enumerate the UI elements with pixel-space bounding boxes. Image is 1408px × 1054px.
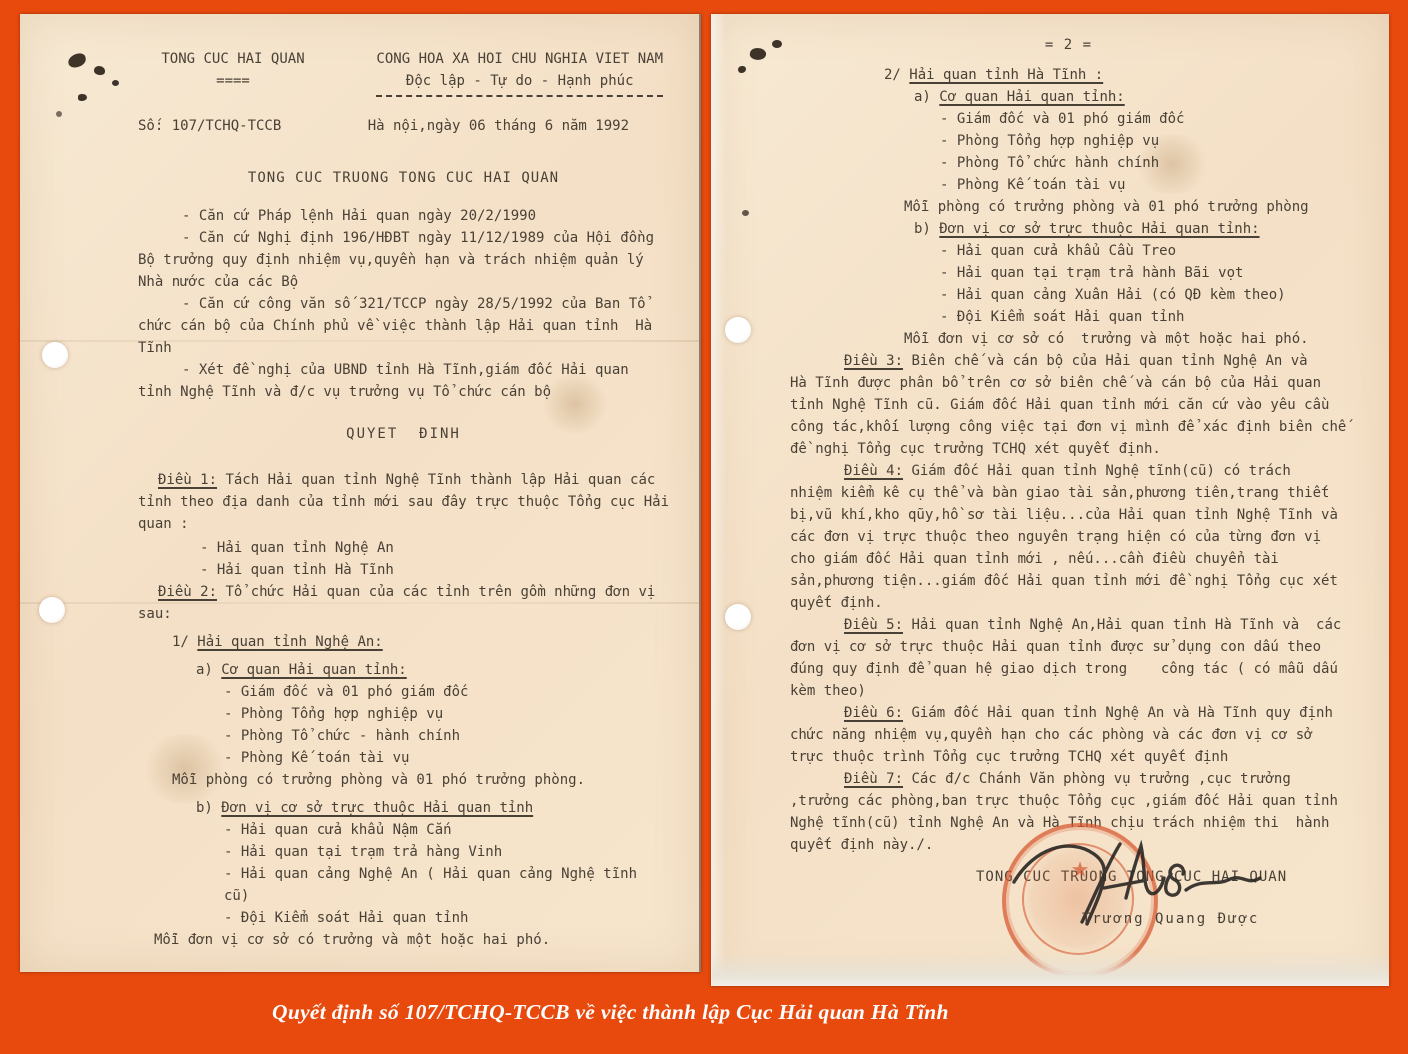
list-item: - Phòng Tổng hợp nghiệp vụ xyxy=(940,130,1347,152)
sub-a-title: Cơ quan Hải quan tỉnh: xyxy=(939,89,1124,105)
list-item: - Hải quan tỉnh Hà Tĩnh xyxy=(200,559,669,581)
article-2-label: Điều 2: xyxy=(158,584,217,600)
article-3: Điều 3: Biên chế và cán bộ của Hải quan … xyxy=(790,350,1347,460)
scanned-page-2: = 2 = 2/ Hải quan tỉnh Hà Tĩnh : a) Cơ q… xyxy=(711,14,1389,986)
scanned-page-1: TONG CUC HAI QUAN==== CONG HOA XA HOI CH… xyxy=(20,14,701,972)
sub-a-heading: a) Cơ quan Hải quan tỉnh: xyxy=(914,86,1347,108)
preamble-line: - Căn cứ Nghị định 196/HĐBT ngày 11/12/1… xyxy=(138,227,669,293)
page1-content: TONG CUC HAI QUAN==== CONG HOA XA HOI CH… xyxy=(20,14,699,951)
article-4-text: Giám đốc Hải quan tỉnh Nghệ tĩnh(cũ) có … xyxy=(790,463,1346,611)
list-item: - Giám đốc và 01 phó giám đốc xyxy=(224,681,669,703)
article-3-label: Điều 3: xyxy=(844,353,903,369)
list-item: - Đội Kiểm soát Hải quan tỉnh xyxy=(224,907,669,929)
list-item: - Hải quan tại trạm trả hàng Vinh xyxy=(224,841,669,863)
article-1-text: Tách Hải quan tỉnh Nghệ Tĩnh thành lập H… xyxy=(138,472,677,532)
list-item: - Hải quan cửa khẩu Cầu Treo xyxy=(940,240,1347,262)
number-date-row: Số: 107/TCHQ-TCCB Hà nội,ngày 06 tháng 6… xyxy=(138,115,669,137)
sub-a-title: Cơ quan Hải quan tỉnh: xyxy=(221,662,406,678)
sub-b-note: Mỗi đơn vị cơ sở có trưởng và một hoặc h… xyxy=(154,929,669,951)
list-item: - Hải quan cửa khẩu Nậm Cắn xyxy=(224,819,669,841)
document-header: TONG CUC HAI QUAN==== CONG HOA XA HOI CH… xyxy=(138,48,669,97)
signer-name: Trương Quang Được xyxy=(1082,908,1259,930)
sub-b-title: Đơn vị cơ sở trực thuộc Hải quan tỉnh xyxy=(221,800,533,816)
issuer-title: TONG CUC TRUONG TONG CUC HAI QUAN xyxy=(138,167,669,189)
list-item: - Phòng Kế toán tài vụ xyxy=(224,747,669,769)
section-2-label: 2/ xyxy=(884,67,901,83)
list-item: - Hải quan cảng Nghệ An ( Hải quan cảng … xyxy=(224,863,669,907)
preamble-line: - Căn cứ công văn số 321/TCCP ngày 28/5/… xyxy=(138,293,669,359)
place-date: Hà nội,ngày 06 tháng 6 năm 1992 xyxy=(368,115,629,137)
article-2-text: Tổ chức Hải quan của các tỉnh trên gồm n… xyxy=(138,584,664,622)
national-header-block: CONG HOA XA HOI CHU NGHIA VIET NAMĐộc lậ… xyxy=(376,48,663,97)
article-2: Điều 2: Tổ chức Hải quan của các tỉnh tr… xyxy=(138,581,669,625)
page-number: = 2 = xyxy=(790,34,1347,56)
sub-b-heading: b) Đơn vị cơ sở trực thuộc Hải quan tỉnh xyxy=(196,797,669,819)
list-item: - Phòng Kế toán tài vụ xyxy=(940,174,1347,196)
list-item: - Hải quan tỉnh Nghệ An xyxy=(200,537,669,559)
list-item: - Phòng Tổ chức hành chính xyxy=(940,152,1347,174)
article-7-label: Điều 7: xyxy=(844,771,903,787)
article-4-label: Điều 4: xyxy=(844,463,903,479)
section-1-title: Hải quan tỉnh Nghệ An: xyxy=(197,634,382,650)
nation-line: CONG HOA XA HOI CHU NGHIA VIET NAM xyxy=(376,48,663,70)
org-name: TONG CUC HAI QUAN xyxy=(138,48,328,70)
article-4: Điều 4: Giám đốc Hải quan tỉnh Nghệ tĩnh… xyxy=(790,460,1347,614)
article-5: Điều 5: Hải quan tỉnh Nghệ An,Hải quan t… xyxy=(790,614,1347,702)
sub-b-heading: b) Đơn vị cơ sở trực thuộc Hải quan tỉnh… xyxy=(914,218,1347,240)
preamble-line: - Căn cứ Pháp lệnh Hải quan ngày 20/2/19… xyxy=(138,205,669,227)
scanned-document-view: { "caption": "Quyết định số 107/TCHQ-TCC… xyxy=(0,0,1408,1054)
list-item: - Phòng Tổng hợp nghiệp vụ xyxy=(224,703,669,725)
sub-a-label: a) xyxy=(196,662,213,678)
image-caption: Quyết định số 107/TCHQ-TCCB về việc thàn… xyxy=(272,1000,949,1025)
sub-b-label: b) xyxy=(196,800,213,816)
motto-underline xyxy=(376,95,663,97)
org-rule: ==== xyxy=(138,70,328,92)
article-1-label: Điều 1: xyxy=(158,472,217,488)
crumpled-paper-edge xyxy=(712,952,1389,986)
list-item: - Đội Kiểm soát Hải quan tỉnh xyxy=(940,306,1347,328)
preamble-line: - Xét đề nghị của UBND tỉnh Hà Tĩnh,giám… xyxy=(138,359,669,403)
article-6-label: Điều 6: xyxy=(844,705,903,721)
page2-content: = 2 = 2/ Hải quan tỉnh Hà Tĩnh : a) Cơ q… xyxy=(712,14,1389,888)
sub-b-label: b) xyxy=(914,221,931,237)
sub-a-note: Mỗi phòng có trưởng phòng và 01 phó trưở… xyxy=(904,196,1347,218)
list-item: - Giám đốc và 01 phó giám đốc xyxy=(940,108,1347,130)
doc-number: Số: 107/TCHQ-TCCB xyxy=(138,115,281,137)
sub-b-note: Mỗi đơn vị cơ sở có trưởng và một hoặc h… xyxy=(904,328,1347,350)
article-6: Điều 6: Giám đốc Hải quan tỉnh Nghệ An v… xyxy=(790,702,1347,768)
issuing-org-block: TONG CUC HAI QUAN==== xyxy=(138,48,328,92)
sub-a-label: a) xyxy=(914,89,931,105)
section-2-heading: 2/ Hải quan tỉnh Hà Tĩnh : xyxy=(884,64,1347,86)
list-item: - Hải quan cảng Xuân Hải (có QĐ kèm theo… xyxy=(940,284,1347,306)
sub-a-note: Mỗi phòng có trưởng phòng và 01 phó trưở… xyxy=(172,769,669,791)
motto-line: Độc lập - Tự do - Hạnh phúc xyxy=(376,70,663,92)
sub-a-heading: a) Cơ quan Hải quan tỉnh: xyxy=(196,659,669,681)
article-5-label: Điều 5: xyxy=(844,617,903,633)
list-item: - Phòng Tổ chức - hành chính xyxy=(224,725,669,747)
section-1-label: 1/ xyxy=(172,634,189,650)
decision-title: QUYET ĐINH xyxy=(138,423,669,445)
section-1-heading: 1/ Hải quan tỉnh Nghệ An: xyxy=(172,631,669,653)
section-2-title: Hải quan tỉnh Hà Tĩnh : xyxy=(909,67,1103,83)
list-item: - Hải quan tại trạm trả hành Bãi vọt xyxy=(940,262,1347,284)
sub-b-title: Đơn vị cơ sở trực thuộc Hải quan tỉnh: xyxy=(939,221,1259,237)
article-1: Điều 1: Tách Hải quan tỉnh Nghệ Tĩnh thà… xyxy=(138,469,669,535)
